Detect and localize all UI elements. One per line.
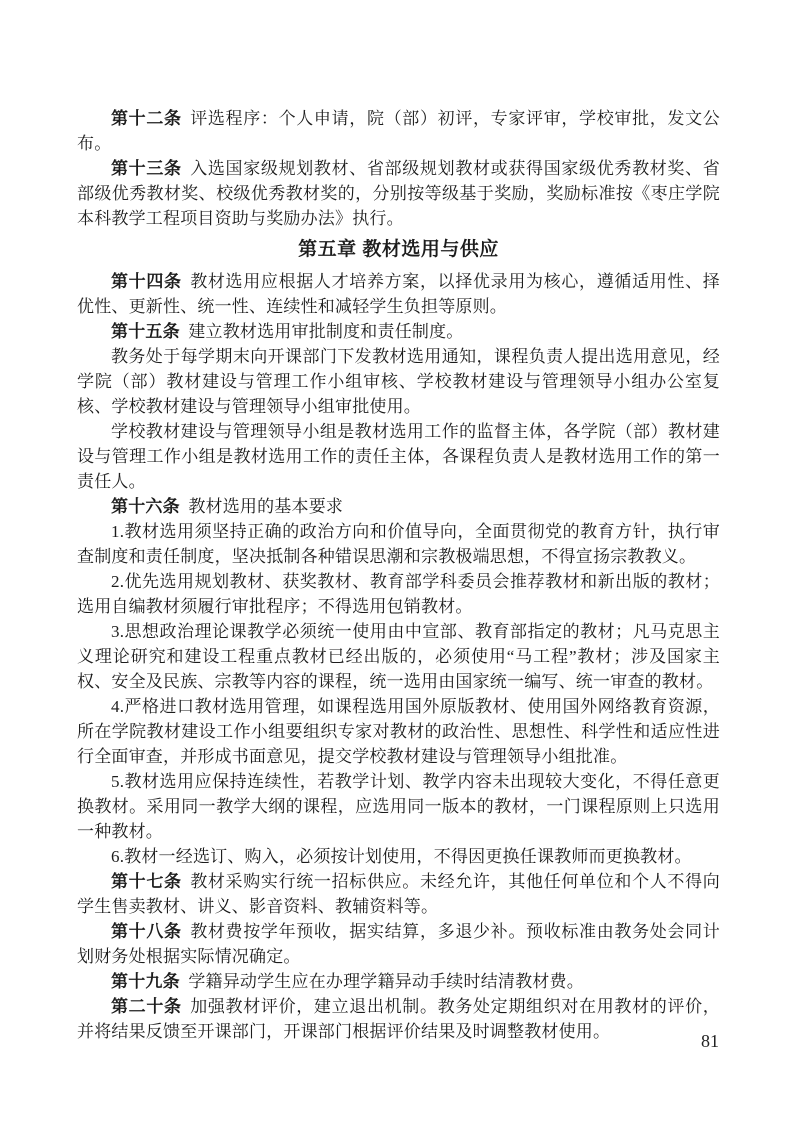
paragraph-text: 1.教材选用须坚持正确的政治方向和价值导向，全面贯彻党的教育方针，执行审查制度和… — [77, 522, 720, 566]
article-paragraph: 第十九条学籍异动学生应在办理学籍异动手续时结清教材费。 — [77, 969, 720, 994]
body-paragraph: 6.教材一经选订、购入，必须按计划使用，不得因更换任课教师而更换教材。 — [77, 844, 720, 869]
article-paragraph: 第二十条加强教材评价，建立退出机制。教务处定期组织对在用教材的评价，并将结果反馈… — [77, 994, 720, 1044]
article-number-label: 第十四条 — [111, 272, 182, 291]
article-paragraph: 第十四条教材选用应根据人才培养方案，以择优录用为核心，遵循适用性、择优性、更新性… — [77, 269, 720, 319]
article-paragraph: 第十五条建立教材选用审批制度和责任制度。 — [77, 319, 720, 344]
paragraph-text: 教务处于每学期末向开课部门下发教材选用通知，课程负责人提出选用意见，经学院（部）… — [77, 347, 720, 416]
article-paragraph: 第十六条教材选用的基本要求 — [77, 494, 720, 519]
article-number-label: 第十二条 — [111, 109, 182, 128]
paragraph-text: 教材选用的基本要求 — [188, 497, 343, 516]
article-number-label: 第十六条 — [111, 497, 180, 516]
body-paragraph: 2.优先选用规划教材、获奖教材、教育部学科委员会推荐教材和新出版的教材；选用自编… — [77, 569, 720, 619]
article-paragraph: 第十七条教材采购实行统一招标供应。未经允许，其他任何单位和个人不得向学生售卖教材… — [77, 869, 720, 919]
paragraph-text: 建立教材选用审批制度和责任制度。 — [188, 322, 463, 341]
article-number-label: 第十五条 — [111, 322, 180, 341]
document-page: 第十二条评选程序：个人申请，院（部）初评，专家评审，学校审批，发文公布。 第十三… — [0, 0, 795, 1124]
chapter-heading: 第五章 教材选用与供应 — [77, 231, 720, 269]
page-number: 81 — [701, 1030, 719, 1052]
paragraph-text: 6.教材一经选订、购入，必须按计划使用，不得因更换任课教师而更换教材。 — [111, 847, 692, 866]
article-number-label: 第二十条 — [111, 997, 182, 1016]
article-paragraph: 第十三条入选国家级规划教材、省部级规划教材或获得国家级优秀教材奖、省部级优秀教材… — [77, 156, 720, 231]
article-paragraph: 第十八条教材费按学年预收，据实结算，多退少补。预收标准由教务处会同计划财务处根据… — [77, 919, 720, 969]
body-paragraph: 学校教材建设与管理领导小组是教材选用工作的监督主体，各学院（部）教材建设与管理工… — [77, 419, 720, 494]
paragraph-text: 学校教材建设与管理领导小组是教材选用工作的监督主体，各学院（部）教材建设与管理工… — [77, 422, 720, 491]
paragraph-text: 3.思想政治理论课教学必须统一使用由中宣部、教育部指定的教材；凡马克思主义理论研… — [77, 622, 720, 691]
paragraph-text: 2.优先选用规划教材、获奖教材、教育部学科委员会推荐教材和新出版的教材；选用自编… — [77, 572, 720, 616]
body-paragraph: 教务处于每学期末向开课部门下发教材选用通知，课程负责人提出选用意见，经学院（部）… — [77, 344, 720, 419]
body-paragraph: 5.教材选用应保持连续性，若教学计划、教学内容未出现较大变化，不得任意更换教材。… — [77, 769, 720, 844]
article-number-label: 第十八条 — [111, 922, 182, 941]
article-number-label: 第十三条 — [111, 159, 182, 178]
article-number-label: 第十九条 — [111, 972, 180, 991]
paragraph-text: 4.严格进口教材选用管理，如课程选用国外原版教材、使用国外网络教育资源，所在学院… — [77, 697, 720, 766]
body-paragraph: 3.思想政治理论课教学必须统一使用由中宣部、教育部指定的教材；凡马克思主义理论研… — [77, 619, 720, 694]
document-body: 第十二条评选程序：个人申请，院（部）初评，专家评审，学校审批，发文公布。 第十三… — [77, 106, 720, 1044]
paragraph-text: 5.教材选用应保持连续性，若教学计划、教学内容未出现较大变化，不得任意更换教材。… — [77, 772, 720, 841]
paragraph-text: 学籍异动学生应在办理学籍异动手续时结清教材费。 — [188, 972, 584, 991]
body-paragraph: 1.教材选用须坚持正确的政治方向和价值导向，全面贯彻党的教育方针，执行审查制度和… — [77, 519, 720, 569]
article-paragraph: 第十二条评选程序：个人申请，院（部）初评，专家评审，学校审批，发文公布。 — [77, 106, 720, 156]
article-number-label: 第十七条 — [111, 872, 182, 891]
body-paragraph: 4.严格进口教材选用管理，如课程选用国外原版教材、使用国外网络教育资源，所在学院… — [77, 694, 720, 769]
